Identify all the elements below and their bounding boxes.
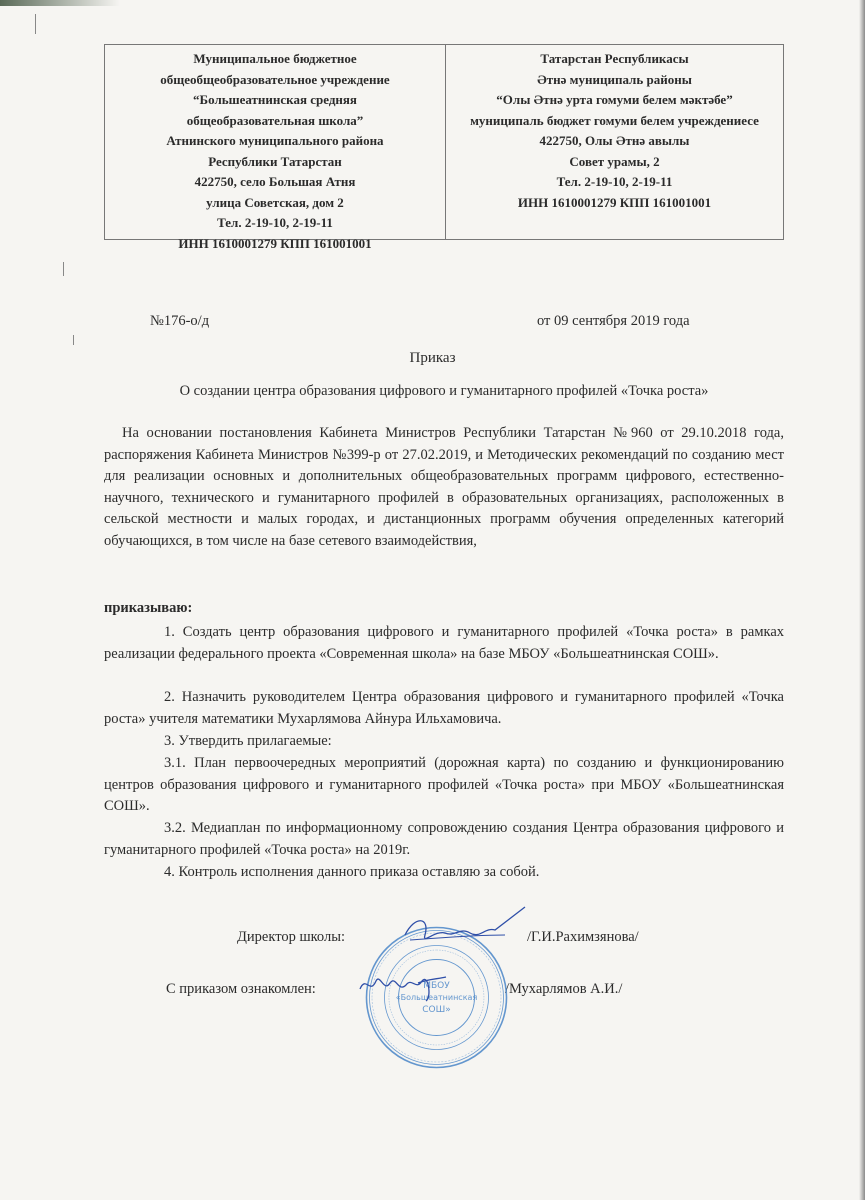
letterhead-line: 422750, Олы Әтнә авылы: [446, 131, 783, 152]
letterhead-line: ИНН 1610001279 КПП 161001001: [446, 193, 783, 214]
order-item-3: 3. Утвердить прилагаемые:: [104, 731, 784, 753]
letterhead-line: “Большеатнинская средняя: [105, 90, 445, 111]
letterhead-table: Муниципальное бюджетное общеобщеобразова…: [104, 44, 784, 240]
letterhead-line: улица Советская, дом 2: [105, 193, 445, 214]
letterhead-line: Тел. 2-19-10, 2-19-11: [105, 213, 445, 234]
acknowledged-name: /Мухарлямов А.И./: [505, 981, 622, 998]
preamble-paragraph: На основании постановления Кабинета Мини…: [104, 423, 784, 552]
stamp-line: СОШ»: [422, 1005, 451, 1015]
order-item-3-1: 3.1. План первоочередных мероприятий (до…: [104, 753, 784, 818]
letterhead-line: муниципаль бюджет гомуми белем учреждени…: [446, 111, 783, 132]
director-label: Директор школы:: [237, 929, 345, 946]
order-date: от 09 сентября 2019 года: [537, 313, 690, 330]
letterhead-line: Әтнә муниципаль районы: [446, 70, 783, 91]
order-item-2: 2. Назначить руководителем Центра образо…: [104, 687, 784, 730]
scan-edge: [859, 0, 865, 1200]
order-item-4: 4. Контроль исполнения данного приказа о…: [104, 862, 784, 884]
order-item-1: 1. Создать центр образования цифрового и…: [104, 622, 784, 665]
letterhead-line: 422750, село Большая Атня: [105, 172, 445, 193]
letterhead-russian: Муниципальное бюджетное общеобщеобразова…: [105, 45, 446, 239]
letterhead-line: общеобщеобразовательное учреждение: [105, 70, 445, 91]
scan-shadow: [0, 0, 120, 6]
ordering-word: приказываю:: [104, 600, 192, 617]
acknowledgement-signature-icon: [358, 967, 448, 1002]
letterhead-line: Республики Татарстан: [105, 152, 445, 173]
acknowledged-label: С приказом ознакомлен:: [166, 981, 316, 998]
letterhead-line: ИНН 1610001279 КПП 161001001: [105, 234, 445, 255]
director-name: /Г.И.Рахимзянова/: [527, 929, 639, 946]
letterhead-line: “Олы Әтнә урта гомуми белем мәктәбе”: [446, 90, 783, 111]
scan-mark: [63, 262, 64, 276]
order-number: №176-о/д: [150, 313, 209, 330]
scan-mark: [35, 14, 36, 34]
letterhead-tatar: Татарстан Республикасы Әтнә муниципаль р…: [446, 45, 783, 239]
document-subject: О создании центра образования цифрового …: [104, 383, 784, 400]
director-signature-icon: [400, 905, 530, 960]
document-title: Приказ: [0, 350, 865, 367]
letterhead-line: Тел. 2-19-10, 2-19-11: [446, 172, 783, 193]
letterhead-line: общеобразовательная школа”: [105, 111, 445, 132]
scan-mark: [73, 335, 74, 345]
letterhead-line: Татарстан Республикасы: [446, 49, 783, 70]
letterhead-line: Совет урамы, 2: [446, 152, 783, 173]
order-item-3-2: 3.2. Медиаплан по информационному сопров…: [104, 818, 784, 861]
letterhead-line: Муниципальное бюджетное: [105, 49, 445, 70]
letterhead-line: Атнинского муниципального района: [105, 131, 445, 152]
